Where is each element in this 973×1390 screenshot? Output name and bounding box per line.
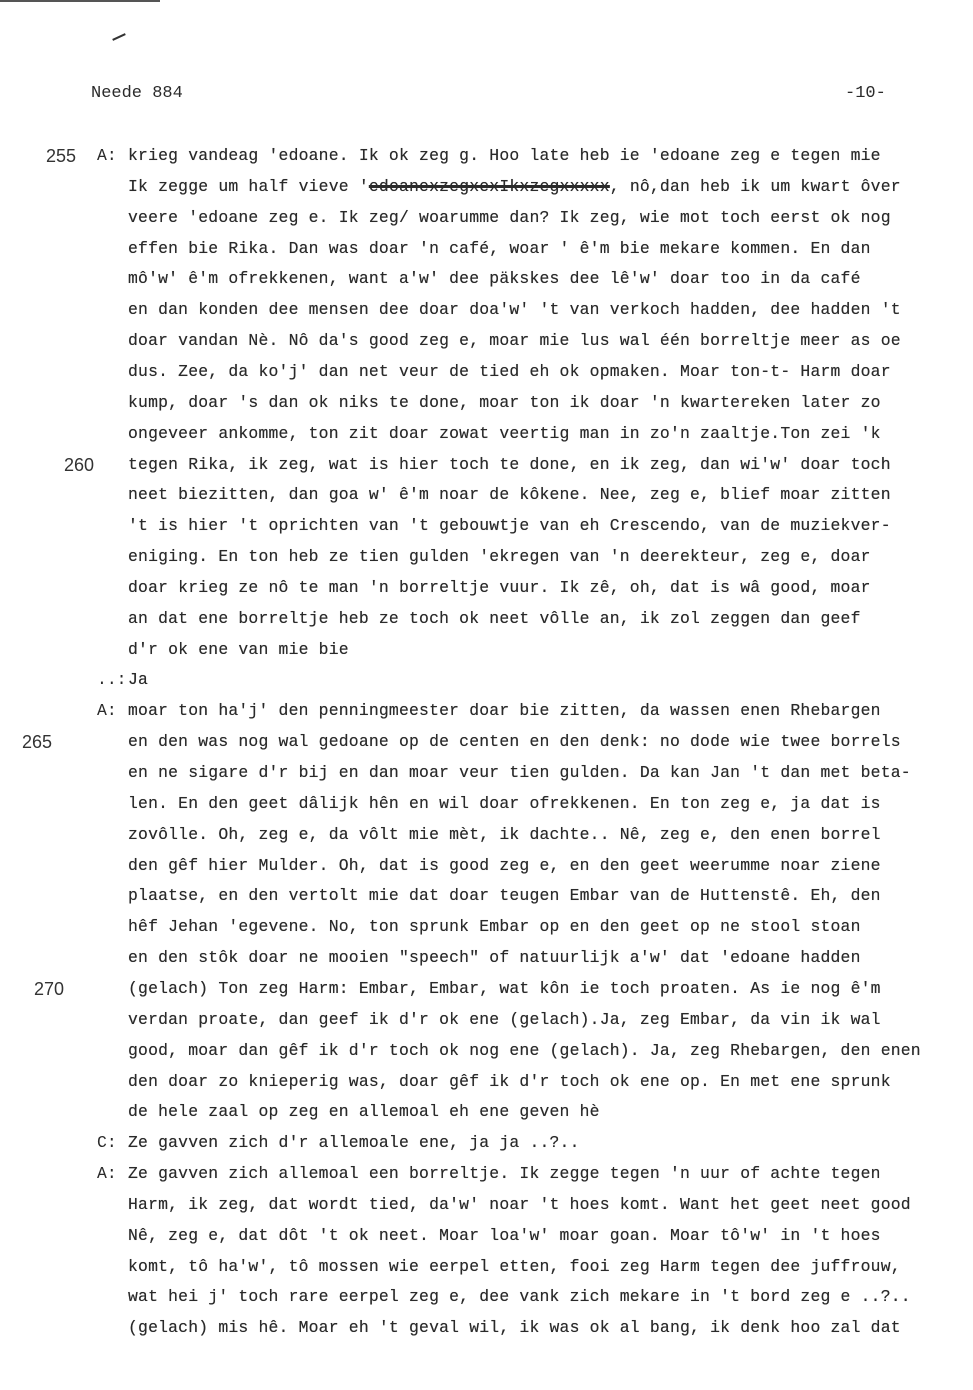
struck-out-text: edoanexzegxexIkxzegxxxxx: [369, 177, 610, 196]
transcript-line: effen bie Rika. Dan was doar 'n café, wo…: [128, 239, 871, 258]
transcript-line: ongeveer ankomme, ton zit doar zowat vee…: [128, 424, 881, 443]
margin-line-number: 270: [34, 979, 64, 1000]
speaker-label: A:: [97, 1164, 117, 1183]
transcript-line: (gelach) mis hê. Moar eh 't geval wil, i…: [128, 1318, 901, 1337]
transcript-line: en den was nog wal gedoane op de centen …: [128, 732, 901, 751]
transcript-line: de hele zaal op zeg en allemoal eh ene g…: [128, 1102, 600, 1121]
transcript-line: hêf Jehan 'egevene. No, ton sprunk Embar…: [128, 917, 861, 936]
margin-line-number: 265: [22, 732, 52, 753]
transcript-line: doar krieg ze nô te man 'n borreltje vuu…: [128, 578, 871, 597]
document-header-title: Neede 884: [91, 84, 183, 103]
transcript-line: Ik zegge um half vieve 'edoanexzegxexIkx…: [128, 177, 901, 196]
transcript-line: Harm, ik zeg, dat wordt tied, da'w' noar…: [128, 1195, 911, 1214]
transcript-line: len. En den geet dâlijk hên en wil doar …: [128, 794, 881, 813]
page-number: -10-: [845, 84, 886, 103]
transcript-line: neet biezitten, dan goa w' ê'm noar de k…: [128, 485, 891, 504]
transcript-line: eniging. En ton heb ze tien gulden 'ekre…: [128, 547, 871, 566]
pen-mark: [112, 33, 126, 41]
transcript-line: tegen Rika, ik zeg, wat is hier toch te …: [128, 455, 891, 474]
transcript-line: en dan konden dee mensen dee doar doa'w'…: [128, 300, 901, 319]
margin-line-number: 255: [46, 146, 76, 167]
transcript-line: en ne sigare d'r bij en dan moar veur ti…: [128, 763, 911, 782]
transcript-line: den gêf hier Mulder. Oh, dat is good zeg…: [128, 856, 881, 875]
transcript-line: plaatse, en den vertolt mie dat doar teu…: [128, 886, 881, 905]
transcript-line: zovôlle. Oh, zeg e, da vôlt mie mèt, ik …: [128, 825, 881, 844]
typewritten-transcript-page: Neede 884 -10- 255260265270 A:krieg vand…: [0, 0, 973, 1390]
transcript-line: (gelach) Ton zeg Harm: Embar, Embar, wat…: [128, 979, 881, 998]
speaker-label: C:: [97, 1133, 117, 1152]
transcript-line: mô'w' ê'm ofrekkenen, want a'w' dee päks…: [128, 269, 861, 288]
transcript-line: good, moar dan gêf ik d'r toch ok nog en…: [128, 1041, 921, 1060]
transcript-line: wat hei j' toch rare eerpel zeg e, dee v…: [128, 1287, 911, 1306]
transcript-line: 't is hier 't oprichten van 't gebouwtje…: [128, 516, 891, 535]
transcript-line: komt, tô ha'w', tô mossen wie eerpel ett…: [128, 1257, 901, 1276]
transcript-line: en den stôk doar ne mooien "speech" of n…: [128, 948, 861, 967]
transcript-line: doar vandan Nè. Nô da's good zeg e, moar…: [128, 331, 901, 350]
transcript-line: verdan proate, dan geef ik d'r ok ene (g…: [128, 1010, 881, 1029]
transcript-line: Ja: [128, 670, 148, 689]
transcript-line: kump, doar 's dan ok niks te done, moar …: [128, 393, 881, 412]
speaker-label: A:: [97, 146, 117, 165]
speaker-label: A:: [97, 701, 117, 720]
transcript-line: dus. Zee, da ko'j' dan net veur de tied …: [128, 362, 891, 381]
transcript-line: Nê, zeg e, dat dôt 't ok neet. Moar loa'…: [128, 1226, 881, 1245]
transcript-line: d'r ok ene van mie bie: [128, 640, 349, 659]
transcript-line: krieg vandeag 'edoane. Ik ok zeg g. Hoo …: [128, 146, 881, 165]
transcript-line: Ze gavven zich allemoal een borreltje. I…: [128, 1164, 881, 1183]
transcript-line: veere 'edoane zeg e. Ik zeg/ woarumme da…: [128, 208, 891, 227]
scan-edge-mark: [0, 0, 160, 2]
transcript-line: den doar zo knieperig was, doar gêf ik d…: [128, 1072, 891, 1091]
transcript-line: moar ton ha'j' den penningmeester doar b…: [128, 701, 881, 720]
transcript-line: Ze gavven zich d'r allemoale ene, ja ja …: [128, 1133, 580, 1152]
margin-line-number: 260: [64, 455, 94, 476]
transcript-line: an dat ene borreltje heb ze toch ok neet…: [128, 609, 861, 628]
speaker-label: ..:: [97, 670, 127, 689]
